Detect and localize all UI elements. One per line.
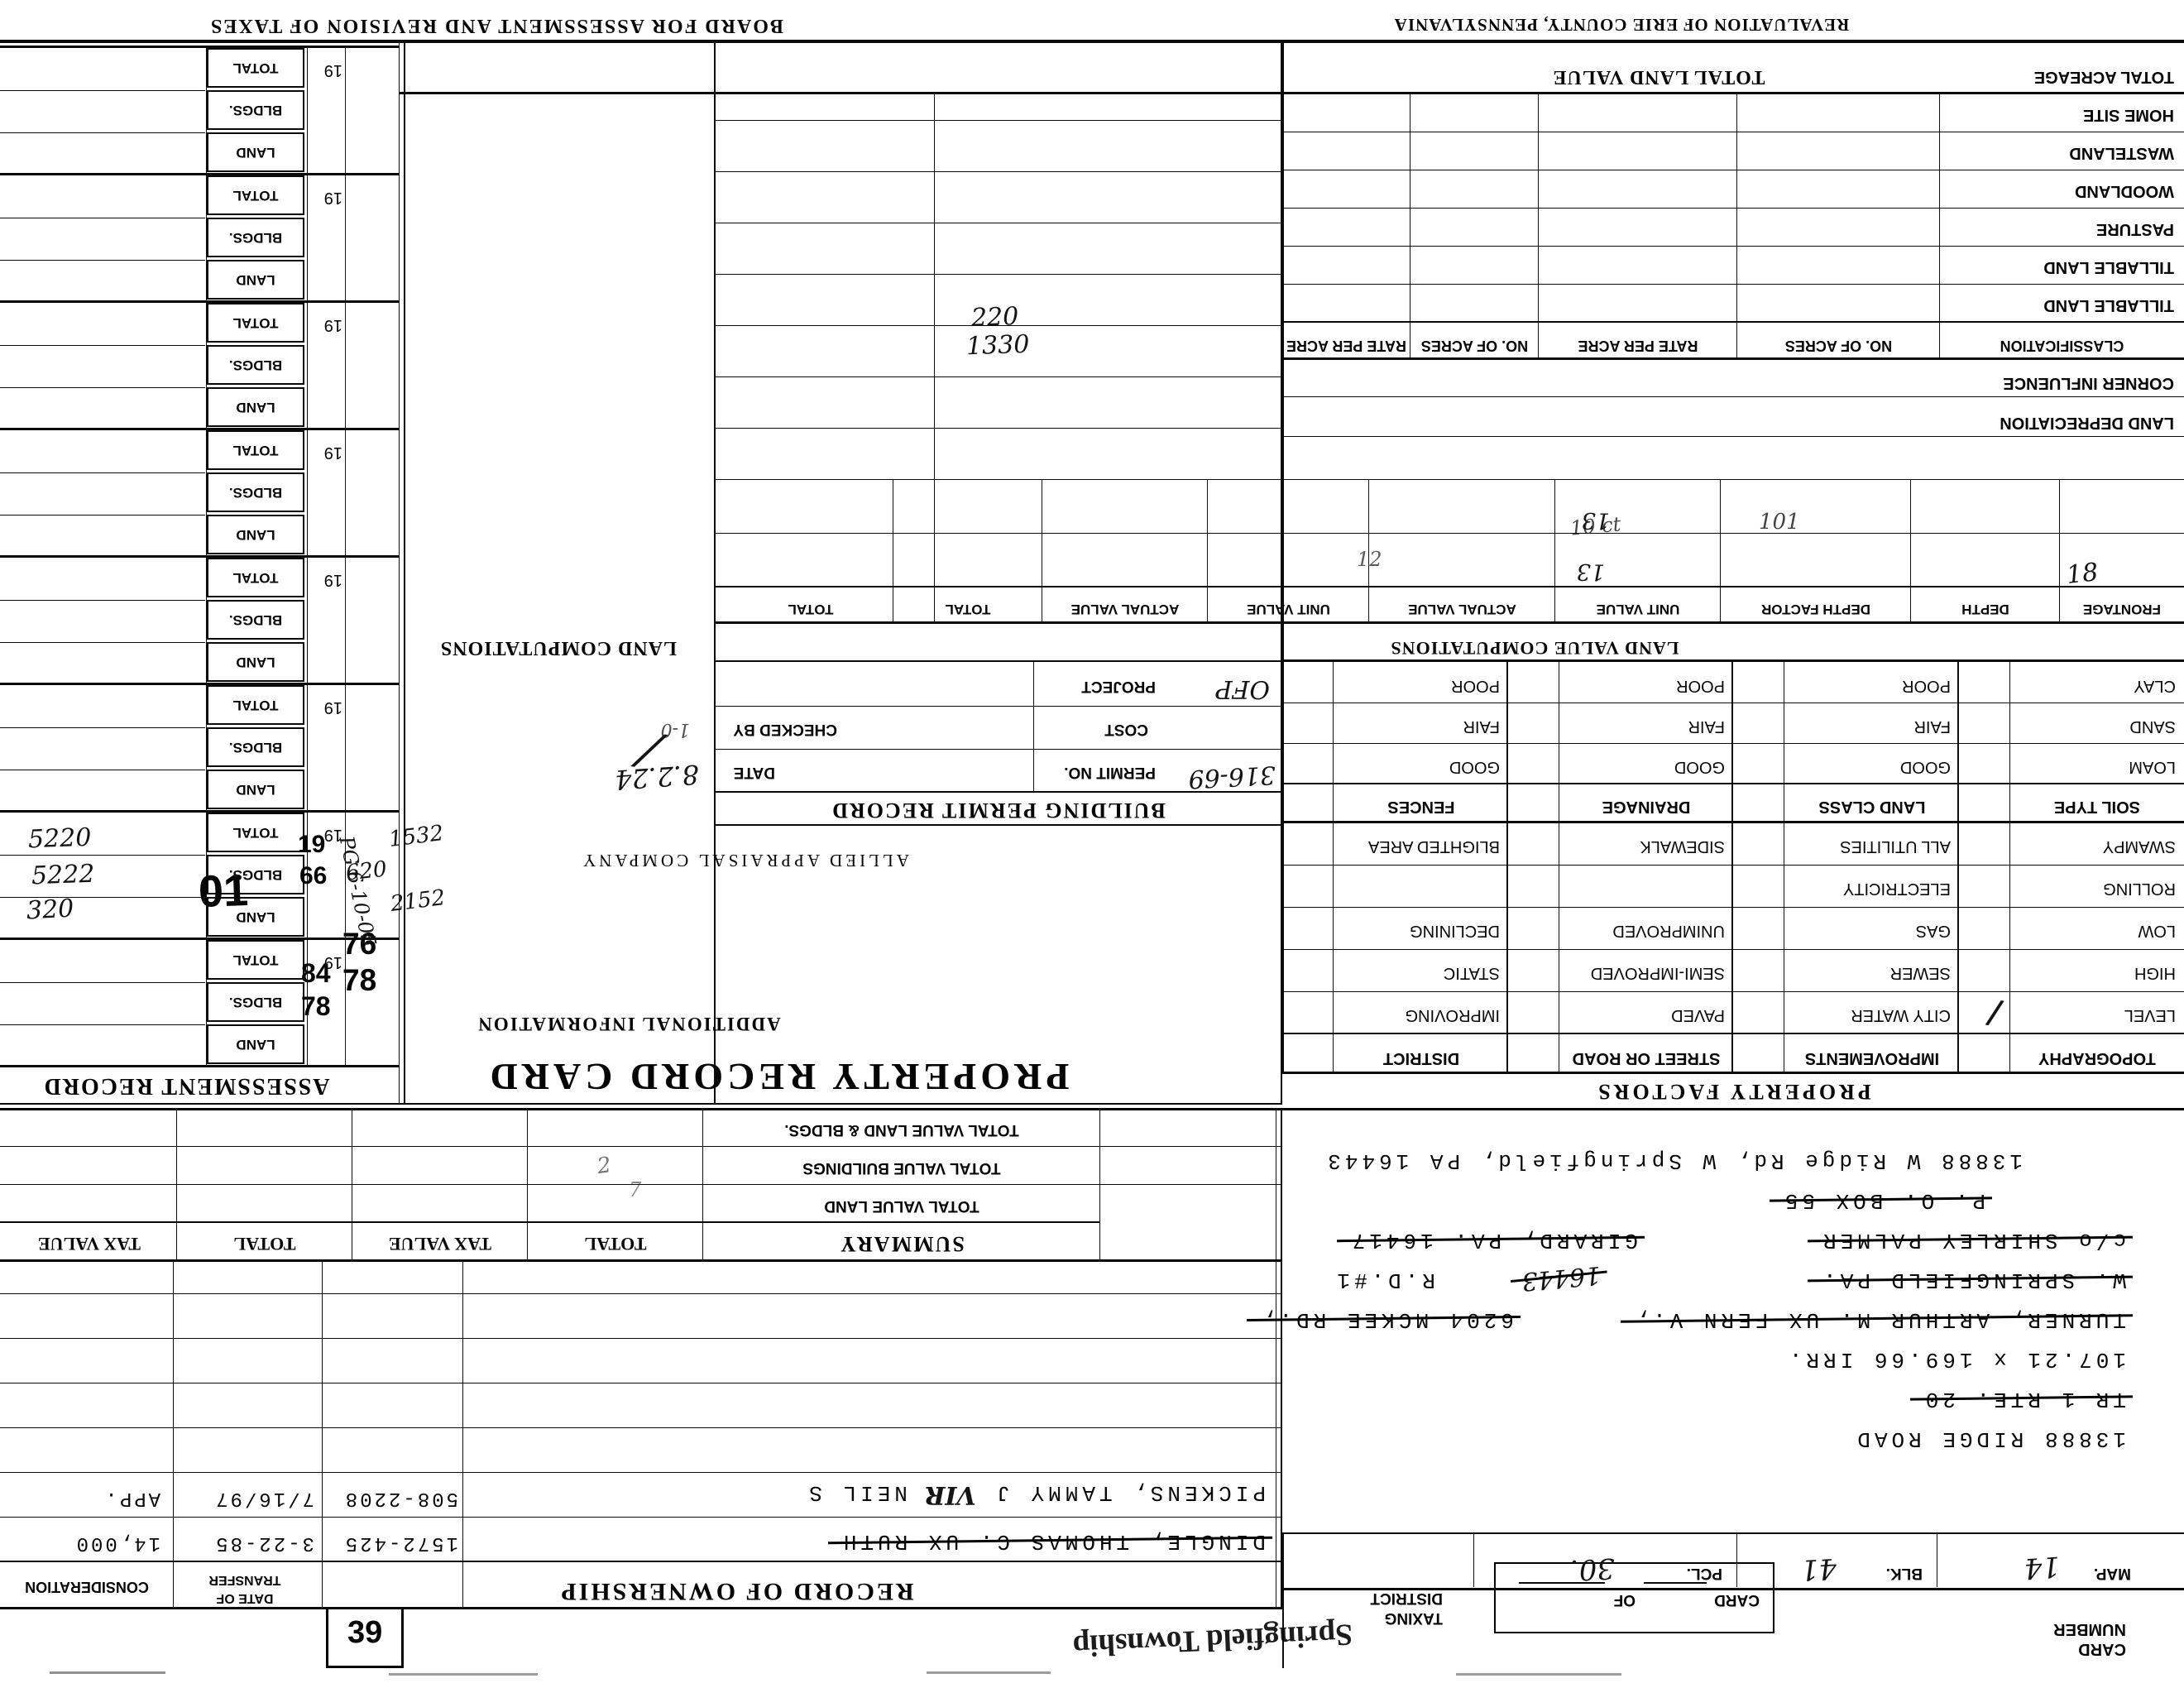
hline bbox=[1282, 321, 2184, 323]
assessment-row-label: LAND bbox=[207, 260, 304, 300]
vline bbox=[1281, 1109, 1282, 1609]
permit-no-value-handwritten: 316-69 bbox=[1188, 760, 1276, 793]
factors-cell: SIDEWALK bbox=[1640, 837, 1725, 856]
assessment-row-label: TOTAL bbox=[207, 813, 304, 852]
assessment-row-label: BLDGS. bbox=[207, 982, 304, 1022]
hline bbox=[716, 120, 1281, 121]
summary-col-header: TOTAL bbox=[182, 1233, 347, 1254]
vline bbox=[462, 1262, 463, 1609]
assessment-value-line bbox=[0, 90, 205, 91]
deed-book-page: 1572-425 bbox=[343, 1532, 458, 1554]
address-line: 13888 RIDGE ROAD bbox=[1853, 1427, 2126, 1451]
vline bbox=[1473, 1534, 1474, 1587]
factors-cell: DECLINING bbox=[1410, 921, 1500, 940]
vline bbox=[1559, 662, 1559, 1074]
level-checkmark: / bbox=[1987, 995, 2003, 1033]
address-line: 107.21 x 169.66 IRR. bbox=[1785, 1347, 2126, 1372]
factors-header: DISTRICT bbox=[1339, 1048, 1504, 1067]
record-of-ownership-title: RECORD OF OWNERSHIP bbox=[488, 1577, 984, 1605]
address-line: TURNER, ARTHUR M. UX FERN V., bbox=[1632, 1307, 2126, 1332]
vline bbox=[176, 1109, 177, 1262]
map-label: MAP. bbox=[2094, 1564, 2131, 1582]
address-line: TR 1 RTE. 20 bbox=[1922, 1387, 2126, 1412]
card-number-label-line1: CARD bbox=[2078, 1639, 2126, 1658]
transfer-date: 7/16/97 bbox=[213, 1487, 314, 1509]
acreage-row-label: WASTELAND bbox=[2069, 143, 2174, 162]
assessment-value-line bbox=[0, 260, 205, 261]
factors-cell: PAVED bbox=[1671, 1005, 1725, 1024]
factors-cell: ELECTRICITY bbox=[1843, 879, 1951, 898]
corner-influence-label: CORNER INFLUENCE bbox=[2003, 373, 2174, 392]
hline bbox=[1282, 357, 2184, 360]
address-line: W. SPRINGFIELD PA. bbox=[1819, 1268, 2126, 1292]
assessment-block-separator bbox=[0, 300, 400, 303]
hline bbox=[1282, 436, 2184, 437]
permit-date-value-handwritten: 8.2.24 bbox=[614, 758, 700, 795]
assessment-row-label: TOTAL bbox=[207, 430, 304, 470]
hline bbox=[1282, 743, 2184, 744]
date-of-transfer-header-line1: DATE OF bbox=[174, 1590, 316, 1605]
hline bbox=[1282, 907, 2184, 908]
assessment-value-line bbox=[0, 642, 205, 643]
factors-cell2: CLAY bbox=[2134, 676, 2176, 695]
hline bbox=[0, 1146, 1282, 1147]
total-land-value-label: TOTAL LAND VALUE bbox=[1481, 65, 1837, 88]
assessment-row-label: TOTAL bbox=[207, 175, 304, 215]
vline bbox=[1410, 94, 1410, 360]
classification-header: RATE PER ACRE bbox=[1239, 337, 1454, 354]
land-depreciation-label: LAND DEPRECIATION bbox=[2000, 413, 2174, 432]
vline bbox=[206, 48, 207, 1067]
lvc-col-header: UNIT VALUE bbox=[1547, 601, 1729, 617]
hline bbox=[1282, 132, 2184, 132]
assessment-row-label: TOTAL bbox=[207, 685, 304, 725]
taxing-district-stamp: Springfield Township bbox=[971, 1616, 1353, 1667]
assessment-row-label: BLDGS. bbox=[207, 472, 304, 512]
assessment-row-label: LAND bbox=[207, 897, 304, 937]
assessment-block-separator bbox=[0, 938, 400, 940]
address-line: GIRARD, PA. 16417 bbox=[1348, 1228, 1638, 1253]
factors-cell2: FAIR bbox=[1688, 717, 1725, 736]
assessment-row-label: LAND bbox=[207, 770, 304, 809]
summary-title: SUMMARY bbox=[703, 1231, 1100, 1256]
lvc-col-header: ACTUAL VALUE bbox=[1034, 601, 1216, 617]
acreage-row-label: PASTURE bbox=[2096, 219, 2174, 238]
vline bbox=[307, 48, 308, 1067]
vline bbox=[893, 480, 893, 624]
land-value-computations-title: LAND VALUE COMPUTATIONS bbox=[1282, 637, 1787, 659]
card-of-of-label: OF bbox=[1614, 1590, 1636, 1609]
vline bbox=[1282, 43, 1284, 1074]
hline bbox=[1282, 703, 2184, 703]
factors-header: IMPROVEMENTS bbox=[1789, 1048, 1955, 1067]
footer-board: BOARD FOR ASSESSMENT AND REVISION OF TAX… bbox=[83, 14, 910, 36]
hline bbox=[0, 1517, 1282, 1518]
assessment-year-prefix: 19 bbox=[324, 698, 342, 717]
assessment-block-separator bbox=[0, 810, 400, 813]
assessment-year-prefix: 19 bbox=[324, 315, 342, 334]
assessment-row-label: TOTAL bbox=[207, 48, 304, 88]
consideration-value: 14,000 bbox=[74, 1532, 160, 1554]
vline bbox=[1506, 662, 1508, 1074]
factors-cell2: LOAM bbox=[2129, 757, 2176, 776]
land-computations-title: LAND COMPUTATIONS bbox=[414, 636, 703, 659]
permit-date-label: DATE bbox=[734, 763, 775, 781]
project-value-handwritten: OFP bbox=[1215, 674, 1270, 703]
assessment-block-separator bbox=[0, 683, 400, 685]
vline bbox=[1333, 662, 1334, 1074]
acreage-row-label: TOTAL ACREAGE bbox=[2034, 67, 2174, 86]
vline bbox=[1720, 480, 1721, 624]
hline bbox=[0, 1607, 1282, 1609]
summary-row-label: TOTAL VALUE BUILDINGS bbox=[711, 1158, 1092, 1177]
vline bbox=[1910, 480, 1911, 624]
scanned-property-record-card: CARD NUMBER CARD OF TAXING DISTRICT Spri… bbox=[0, 0, 2184, 1688]
address-line: R.D.#1 bbox=[1333, 1268, 1435, 1292]
hline bbox=[714, 660, 1282, 662]
hline bbox=[716, 171, 1281, 172]
consideration-header: CONSIDERATION bbox=[2, 1578, 172, 1595]
acreage-row-label: TILLABLE LAND bbox=[2043, 257, 2174, 276]
appraisal-company-line: ALLIED APPRAISAL COMPANY bbox=[505, 850, 984, 870]
blk-label: BLK. bbox=[1886, 1564, 1923, 1582]
hline bbox=[714, 706, 1282, 707]
hline bbox=[1282, 659, 2184, 662]
assessment-row-label: LAND bbox=[207, 387, 304, 427]
map-value: 14 bbox=[2023, 1550, 2061, 1585]
factors-cell2: GOOD bbox=[1674, 757, 1725, 776]
factors-header2: LAND CLASS bbox=[1789, 797, 1955, 816]
classification-header: NO. OF ACRES bbox=[1731, 337, 1947, 354]
hline bbox=[1282, 208, 2184, 209]
permit-no-label: PERMIT NO. bbox=[1064, 763, 1156, 781]
factors-header2: SOIL TYPE bbox=[2014, 797, 2180, 816]
vline bbox=[173, 1262, 174, 1609]
assessment-row-label: BLDGS. bbox=[207, 727, 304, 767]
hline bbox=[0, 1338, 1282, 1339]
hline bbox=[716, 376, 1281, 377]
factors-cell: STATIC bbox=[1444, 963, 1500, 982]
address-line: 16443 bbox=[1521, 1260, 1602, 1296]
address-line: 6204 MCKEE RD., bbox=[1258, 1307, 1514, 1332]
assessment-value-line bbox=[0, 472, 205, 473]
assessment-bottom-line bbox=[0, 46, 400, 48]
hline bbox=[0, 40, 2184, 43]
hline bbox=[1282, 284, 2184, 285]
lvc-col-header: DEPTH bbox=[1894, 601, 2076, 617]
hline bbox=[1282, 1033, 2184, 1034]
hline bbox=[1282, 170, 2184, 170]
factors-cell2: SAND bbox=[2129, 717, 2176, 736]
factors-cell: SWAMPY bbox=[2103, 837, 2176, 856]
vline bbox=[1937, 1534, 1937, 1587]
cost-label: COST bbox=[1104, 720, 1148, 738]
assessment-row-label: LAND bbox=[207, 515, 304, 554]
pcl-value: 30. bbox=[1569, 1551, 1616, 1587]
property-factors-title: PROPERTY FACTORS bbox=[1282, 1079, 2184, 1104]
hline bbox=[1282, 783, 2184, 784]
vline bbox=[1281, 43, 1282, 1104]
hline bbox=[0, 1184, 1282, 1185]
unit-value-handwritten-1: 13 bbox=[1577, 559, 1605, 584]
assessment-value-line bbox=[0, 515, 205, 516]
checked-by-value-handwritten: 1-0 bbox=[661, 719, 690, 740]
hline bbox=[714, 824, 1282, 826]
address-line: 13888 W Ridge Rd, W Springfield, PA 1644… bbox=[1324, 1149, 2023, 1173]
hline bbox=[1282, 949, 2184, 950]
lvc-col-header: TOTAL bbox=[720, 601, 902, 617]
assessment-year-prefix: 19 bbox=[324, 188, 342, 207]
lvc-col-header: DEPTH FACTOR bbox=[1725, 601, 1907, 617]
factors-cell: LOW bbox=[2138, 921, 2176, 940]
vline bbox=[1282, 1532, 1284, 1668]
vline bbox=[404, 43, 405, 1104]
assessment-row-label: TOTAL bbox=[207, 558, 304, 597]
factors-cell: SEMI-IMPROVED bbox=[1591, 963, 1725, 982]
hline bbox=[1282, 821, 2184, 823]
lvc-col-header: TOTAL bbox=[877, 601, 1059, 617]
date-of-transfer-header-line2: TRANSFER bbox=[174, 1572, 316, 1587]
vline bbox=[352, 1109, 352, 1262]
vline bbox=[2059, 480, 2060, 624]
assessment-value-line bbox=[0, 982, 205, 983]
hline bbox=[1284, 1532, 2184, 1534]
file-number-box bbox=[326, 1607, 404, 1668]
vline bbox=[1042, 480, 1042, 624]
assessment-year-prefix: 19 bbox=[324, 60, 342, 79]
address-line: P. O. BOX 55 bbox=[1781, 1188, 1985, 1213]
additional-information-title: ADDITIONAL INFORMATION bbox=[389, 1013, 869, 1034]
assessment-year-prefix: 19 bbox=[324, 443, 342, 462]
factors-cell: BLIGHTED AREA bbox=[1368, 837, 1500, 856]
factors-cell2: GOOD bbox=[1449, 757, 1500, 776]
hline bbox=[1282, 991, 2184, 992]
assessment-value-line bbox=[0, 387, 205, 388]
footer-revaluation: REVALUATION OF ERIE COUNTY, PENNSYLVANIA bbox=[1307, 14, 1936, 35]
assessment-year-prefix: 19 bbox=[324, 825, 342, 844]
vline bbox=[1736, 1534, 1737, 1587]
vline bbox=[1784, 662, 1784, 1074]
hline bbox=[0, 1103, 1282, 1105]
assessment-row-label: BLDGS. bbox=[207, 218, 304, 257]
card-of-card-label: CARD bbox=[1714, 1590, 1760, 1609]
vline bbox=[322, 1262, 323, 1609]
hline bbox=[714, 791, 1282, 793]
vline bbox=[2009, 662, 2010, 1074]
factors-cell: IMPROVING bbox=[1406, 1005, 1500, 1024]
assessment-value-line bbox=[0, 855, 205, 856]
factors-cell: LEVEL bbox=[2124, 1005, 2176, 1024]
acreage-row-label: HOME SITE bbox=[2083, 105, 2174, 124]
hline bbox=[0, 1108, 2184, 1110]
assessment-row-label: LAND bbox=[207, 132, 304, 172]
vline bbox=[1736, 94, 1737, 360]
assessment-block-separator bbox=[0, 555, 400, 558]
assessment-row-label: BLDGS. bbox=[207, 90, 304, 130]
vline bbox=[702, 1109, 703, 1262]
vline bbox=[1957, 662, 1959, 1074]
property-record-card-title: PROPERTY RECORD CARD bbox=[438, 1055, 1117, 1099]
vline bbox=[1033, 662, 1034, 793]
assessment-block-separator bbox=[0, 173, 400, 175]
hline bbox=[0, 1427, 1282, 1428]
vline bbox=[399, 43, 400, 1104]
assessment-value-line bbox=[0, 600, 205, 601]
blk-value: 41 bbox=[1800, 1551, 1837, 1586]
factors-cell: GAS bbox=[1916, 921, 1951, 940]
summary-col-header: TOTAL bbox=[533, 1233, 698, 1254]
vline bbox=[1554, 480, 1555, 624]
assessment-row-label: TOTAL bbox=[207, 303, 304, 343]
taxing-district-label-line2: DISTRICT bbox=[1370, 1589, 1443, 1607]
hline bbox=[1282, 1072, 2184, 1074]
assessment-value-line bbox=[0, 218, 205, 218]
hline bbox=[1282, 865, 2184, 866]
hline bbox=[0, 1259, 1282, 1262]
assessment-value-line bbox=[0, 345, 205, 346]
assessment-row-label: LAND bbox=[207, 642, 304, 682]
transfer-date: 3-22-85 bbox=[213, 1532, 314, 1554]
hline bbox=[400, 92, 2184, 94]
checked-by-label: CHECKED BY bbox=[733, 720, 837, 738]
unit-value-handwritten-2: 13 bbox=[1582, 507, 1610, 533]
factors-cell2: FAIR bbox=[1463, 717, 1500, 736]
vline bbox=[1099, 1109, 1100, 1262]
vline bbox=[1538, 94, 1539, 360]
vline bbox=[527, 1109, 528, 1262]
pcl-label: PCL. bbox=[1687, 1564, 1722, 1582]
factors-header2: FENCES bbox=[1339, 797, 1504, 816]
acreage-row-label: WOODLAND bbox=[2075, 181, 2174, 200]
hline bbox=[716, 223, 1281, 223]
assessment-block-separator bbox=[0, 428, 400, 430]
hline bbox=[0, 1383, 1282, 1383]
assessment-row-label: BLDGS. bbox=[207, 600, 304, 640]
assessment-row-label: LAND bbox=[207, 1024, 304, 1064]
hline bbox=[716, 428, 1281, 429]
factors-header: TOPOGRAPHY bbox=[2014, 1048, 2180, 1067]
vline bbox=[1207, 480, 1208, 624]
assessment-row-label: TOTAL bbox=[207, 940, 304, 980]
assessment-row-label: BLDGS. bbox=[207, 855, 304, 894]
summary-row-label: TOTAL VALUE LAND bbox=[711, 1196, 1092, 1215]
vline bbox=[1731, 662, 1733, 1074]
factors-cell: ALL UTILITIES bbox=[1840, 837, 1951, 856]
vline bbox=[714, 43, 716, 1104]
assessment-year-prefix: 19 bbox=[324, 570, 342, 589]
factors-cell2: FAIR bbox=[1914, 717, 1951, 736]
hline bbox=[1282, 396, 2184, 397]
summary-col-header: TAX VALUE bbox=[357, 1233, 523, 1254]
building-permit-record-title: BUILDING PERMIT RECORD bbox=[722, 798, 1274, 822]
factors-cell2: GOOD bbox=[1900, 757, 1951, 776]
owner-name: DINGLE, THOMAS C. UX RUTH bbox=[840, 1529, 1266, 1554]
classification-header: CLASSIFICATION bbox=[1955, 337, 2170, 354]
vline bbox=[1276, 1109, 1276, 1609]
hline bbox=[1284, 1588, 2184, 1590]
factors-cell: SEWER bbox=[1890, 963, 1951, 982]
deed-book-page: 508-2208 bbox=[343, 1487, 458, 1509]
factors-header: STREET OR ROAD bbox=[1564, 1048, 1729, 1067]
factors-cell2: POOR bbox=[1902, 676, 1951, 695]
lvc-col-header: UNIT VALUE bbox=[1198, 601, 1380, 617]
assessment-record-title: ASSESSMENT RECORD bbox=[4, 1072, 368, 1099]
vline bbox=[1939, 94, 1940, 360]
assessment-value-line bbox=[0, 1024, 205, 1025]
assessment-row-label: BLDGS. bbox=[207, 345, 304, 385]
project-label: PROJECT bbox=[1081, 677, 1156, 695]
factors-cell2: POOR bbox=[1451, 676, 1500, 695]
summary-col-header: TAX VALUE bbox=[7, 1233, 172, 1254]
factors-cell2: POOR bbox=[1676, 676, 1725, 695]
factors-header2: DRAINAGE bbox=[1564, 797, 1729, 816]
lvc-col-header: ACTUAL VALUE bbox=[1372, 601, 1554, 617]
factors-cell: CITY WATER bbox=[1851, 1005, 1951, 1024]
vline bbox=[1368, 480, 1369, 624]
hline bbox=[716, 325, 1281, 326]
card-of-blank1 bbox=[1644, 1582, 1707, 1584]
assessment-value-line bbox=[0, 897, 205, 898]
hline bbox=[0, 1221, 1100, 1223]
assessment-value-line bbox=[0, 727, 205, 728]
hline bbox=[0, 1561, 1282, 1562]
factors-cell: UNIMPROVED bbox=[1612, 921, 1725, 940]
assessment-block-separator bbox=[0, 1065, 400, 1067]
hline bbox=[0, 1293, 1282, 1294]
assessment-value-line bbox=[0, 770, 205, 770]
hline bbox=[1282, 246, 2184, 247]
card-number-label-line2: NUMBER bbox=[2053, 1619, 2126, 1638]
assessment-value-line bbox=[0, 132, 205, 133]
summary-row-label: TOTAL VALUE LAND & BLDGS. bbox=[711, 1120, 1092, 1139]
assessment-year-prefix: 19 bbox=[324, 952, 342, 971]
owner-name: PICKENS, TAMMY J VIR NEIL S bbox=[805, 1480, 1266, 1509]
address-line: c/o SHIRLEY PALMER bbox=[1819, 1228, 2126, 1253]
hline bbox=[0, 1472, 1282, 1473]
factors-cell: HIGH bbox=[2134, 963, 2176, 982]
property-record-card-rotated: CARD NUMBER CARD OF TAXING DISTRICT Spri… bbox=[0, 0, 2184, 1688]
consideration-value: APP. bbox=[103, 1487, 160, 1509]
factors-cell: ROLLING bbox=[2103, 879, 2176, 898]
hline bbox=[714, 749, 1282, 750]
vline bbox=[345, 48, 346, 1067]
vline bbox=[934, 94, 935, 624]
hline bbox=[716, 274, 1281, 275]
taxing-district-label-line1: TAXING bbox=[1385, 1609, 1443, 1627]
acreage-row-label: TILLABLE LAND bbox=[2043, 295, 2174, 314]
